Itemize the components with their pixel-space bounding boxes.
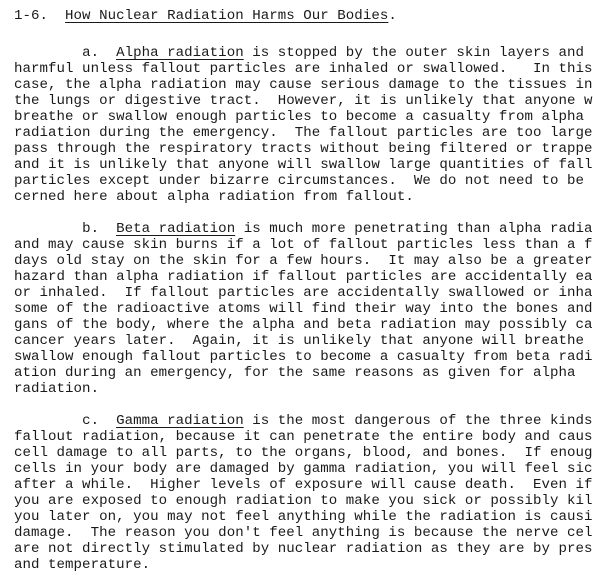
paragraph-line: swallow enough fallout particles to beco… — [14, 349, 593, 365]
term-beta: Beta radiation — [116, 221, 235, 237]
paragraph-line: radiation during the emergency. The fall… — [14, 125, 593, 141]
paragraph-line: cancer years later. Again, it is unlikel… — [14, 333, 593, 349]
term-alpha: Alpha radiation — [116, 45, 244, 61]
paragraph-line: are not directly stimulated by nuclear r… — [14, 541, 593, 557]
paragraph-line: case, the alpha radiation may cause seri… — [14, 77, 593, 93]
paragraph-line: cerned here about alpha radiation from f… — [14, 189, 414, 205]
section-number: 1-6. — [14, 8, 48, 24]
paragraph-line: ation during an emergency, for the same … — [14, 365, 576, 381]
paragraph-line: harmful unless fallout particles are inh… — [14, 61, 593, 77]
paragraph-label: c. — [82, 413, 99, 429]
section-title: How Nuclear Radiation Harms Our Bodies — [65, 8, 388, 24]
paragraph-line: breathe or swallow enough particles to b… — [14, 109, 584, 125]
paragraph-line: cell damage to all parts, to the organs,… — [14, 445, 593, 461]
paragraph-line: and may cause skin burns if a lot of fal… — [14, 237, 593, 253]
paragraph-line: you are exposed to enough radiation to m… — [14, 493, 593, 509]
paragraph-line: a. Alpha radiation is stopped by the out… — [14, 45, 593, 61]
paragraph-line: days old stay on the skin for a few hour… — [14, 253, 593, 269]
paragraph-line: pass through the respiratory tracts with… — [14, 141, 593, 157]
paragraph-line: hazard than alpha radiation if fallout p… — [14, 269, 593, 285]
paragraph-line: or inhaled. If fallout particles are acc… — [14, 285, 593, 301]
paragraph-line: and temperature. — [14, 557, 150, 573]
paragraph-line: b. Beta radiation is much more penetrati… — [14, 221, 593, 237]
paragraph-line: cells in your body are damaged by gamma … — [14, 461, 593, 477]
paragraph-line: fallout radiation, because it can penetr… — [14, 429, 593, 445]
paragraph-line: the lungs or digestive tract. However, i… — [14, 93, 593, 109]
paragraph-line: c. Gamma radiation is the most dangerous… — [14, 413, 593, 429]
paragraph-line: gans of the body, where the alpha and be… — [14, 317, 593, 333]
paragraph-line: some of the radioactive atoms will find … — [14, 301, 593, 317]
paragraph-label: b. — [82, 221, 99, 237]
paragraph-line: after a while. Higher levels of exposure… — [14, 477, 593, 493]
term-gamma: Gamma radiation — [116, 413, 244, 429]
section-heading: 1-6. How Nuclear Radiation Harms Our Bod… — [14, 8, 397, 24]
paragraph-line: particles except under bizarre circumsta… — [14, 173, 593, 189]
paragraph-line: radiation. — [14, 381, 99, 397]
paragraph-label: a. — [82, 45, 99, 61]
paragraph-line: and it is unlikely that anyone will swal… — [14, 157, 593, 173]
paragraph-line: damage. The reason you don't feel anythi… — [14, 525, 593, 541]
paragraph-line: you later on, you may not feel anything … — [14, 509, 593, 525]
